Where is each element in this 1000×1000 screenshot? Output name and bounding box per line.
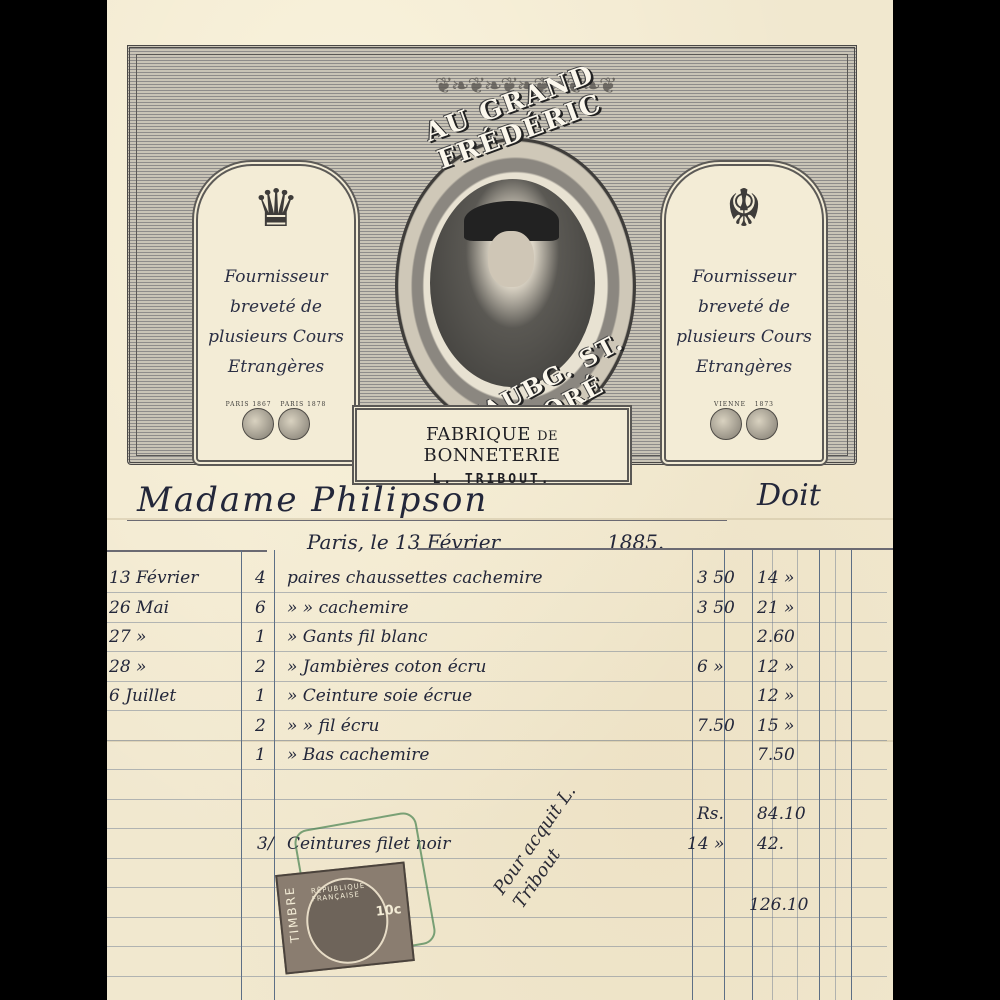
row-total: 2.60 <box>757 627 795 647</box>
ledger-table: 13 Février4paires chaussettes cachemire3… <box>107 550 893 1000</box>
medal-captions: VIENNE 1873 <box>666 401 822 408</box>
header-rule <box>127 520 727 521</box>
col-divider <box>835 550 836 1000</box>
ledger-top-rule <box>107 550 267 552</box>
right-panel-text: Fournisseur breveté de plusieurs Cours E… <box>666 262 822 382</box>
letterhead-engraving: ❦❧❦❧❦❧❦❧❦❧❦ ♛ Fournisseur breveté de plu… <box>127 45 857 465</box>
ledger-rule <box>107 740 887 741</box>
debit-label: Doit <box>757 478 821 513</box>
stamp-value: 10c <box>375 902 402 920</box>
subtotal-label: Rs. <box>697 804 724 824</box>
row-qty: 1 <box>255 686 266 706</box>
medal-icon <box>278 408 310 440</box>
row-description: » Jambières coton écru <box>287 657 486 677</box>
medal-icon <box>242 408 274 440</box>
panel-line: plusieurs Cours <box>672 322 816 352</box>
panel-line: Fournisseur <box>672 262 816 292</box>
subtotal-value: 84.10 <box>757 804 806 824</box>
ledger-rule <box>107 828 887 829</box>
grand-total: 126.10 <box>749 895 808 915</box>
ledger-rule <box>107 651 887 652</box>
business-label: FABRIQUE DE BONNETERIE L. TRIBOUT. <box>352 405 632 485</box>
row-qty: 2 <box>255 657 266 677</box>
row-qty: 4 <box>255 568 266 588</box>
exhibition-medals <box>198 408 354 440</box>
col-divider <box>752 550 753 1000</box>
row-unit-price: 7.50 <box>697 716 735 736</box>
extra-total: 42. <box>757 834 784 854</box>
row-date: 6 Juillet <box>109 686 176 706</box>
row-qty: 2 <box>255 716 266 736</box>
col-divider <box>797 550 798 1000</box>
ledger-rule <box>107 592 887 593</box>
ledger-rule <box>107 917 887 918</box>
row-qty: 1 <box>255 745 266 765</box>
ledger-rule <box>107 769 887 770</box>
row-unit-price: 6 » <box>697 657 724 677</box>
row-total: 12 » <box>757 686 794 706</box>
extra-qty: 3/ <box>257 834 274 854</box>
row-description: » » fil écru <box>287 716 379 736</box>
panel-line: Fournisseur <box>204 262 348 292</box>
business-title: FABRIQUE DE BONNETERIE <box>357 424 627 466</box>
panel-line: breveté de <box>204 292 348 322</box>
double-headed-eagle-icon: ☬ <box>666 174 822 244</box>
ledger-top-rule <box>417 548 893 550</box>
panel-line: plusieurs Cours <box>204 322 348 352</box>
ledger-rule <box>107 622 887 623</box>
col-divider <box>692 550 693 1000</box>
panel-line: breveté de <box>672 292 816 322</box>
addressee: Madame Philipson <box>137 480 488 520</box>
col-divider <box>724 550 725 1000</box>
ledger-rule <box>107 799 887 800</box>
row-date: 13 Février <box>109 568 198 588</box>
right-panel: ☬ Fournisseur breveté de plusieurs Cours… <box>660 160 828 466</box>
row-total: 12 » <box>757 657 794 677</box>
col-divider <box>819 550 820 1000</box>
row-date: 28 » <box>109 657 146 677</box>
exhibition-medals <box>666 408 822 440</box>
row-total: 15 » <box>757 716 794 736</box>
row-description: paires chaussettes cachemire <box>287 568 543 588</box>
medal-icon <box>746 408 778 440</box>
row-qty: 1 <box>255 627 266 647</box>
row-date: 27 » <box>109 627 146 647</box>
invoice-paper: ❦❧❦❧❦❧❦❧❦❧❦ ♛ Fournisseur breveté de plu… <box>107 0 893 1000</box>
left-panel: ♛ Fournisseur breveté de plusieurs Cours… <box>192 160 360 466</box>
ledger-rule <box>107 710 887 711</box>
ledger-rule <box>107 858 887 859</box>
col-divider <box>241 550 242 1000</box>
medal-captions: PARIS 1867 PARIS 1878 <box>198 401 354 408</box>
row-total: 14 » <box>757 568 794 588</box>
stamp-label: TIMBRE <box>282 885 302 944</box>
row-total: 7.50 <box>757 745 795 765</box>
ledger-rule <box>107 976 887 977</box>
row-unit-price: 3 50 <box>697 598 735 618</box>
row-total: 21 » <box>757 598 794 618</box>
revenue-stamp: TIMBRE RÉPUBLIQUE FRANÇAISE 10c <box>275 861 415 974</box>
row-unit-price: 3 50 <box>697 568 735 588</box>
col-divider <box>851 550 852 1000</box>
row-description: » Ceinture soie écrue <box>287 686 472 706</box>
medal-icon <box>710 408 742 440</box>
ledger-rule <box>107 681 887 682</box>
row-qty: 6 <box>255 598 266 618</box>
col-divider <box>772 550 773 1000</box>
panel-line: Etrangères <box>204 352 348 382</box>
ledger-rule <box>107 946 887 947</box>
royal-coat-of-arms-icon: ♛ <box>198 174 354 244</box>
face-icon <box>488 231 534 287</box>
col-divider <box>274 550 275 1000</box>
row-description: » Gants fil blanc <box>287 627 428 647</box>
row-description: » Bas cachemire <box>287 745 430 765</box>
left-panel-text: Fournisseur breveté de plusieurs Cours E… <box>198 262 354 382</box>
row-description: » » cachemire <box>287 598 409 618</box>
panel-line: Etrangères <box>672 352 816 382</box>
row-date: 26 Mai <box>109 598 169 618</box>
